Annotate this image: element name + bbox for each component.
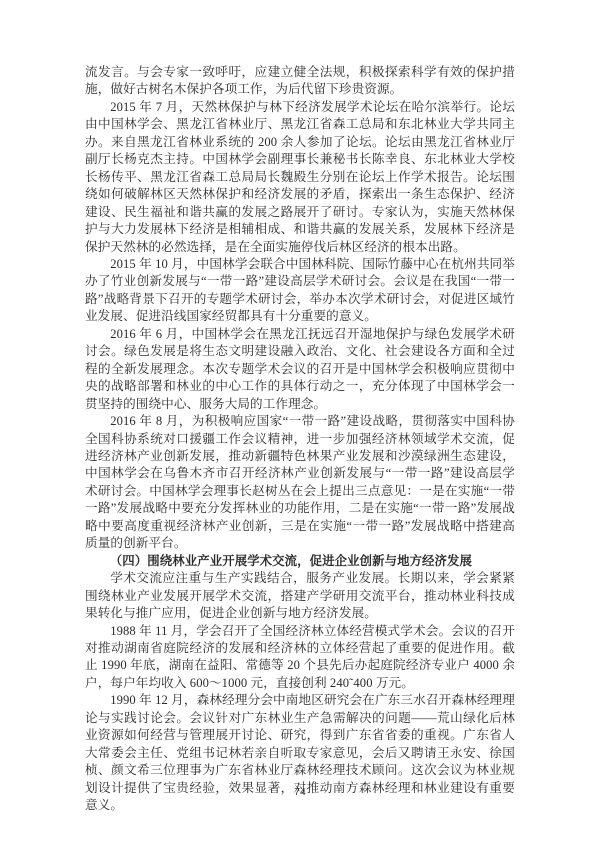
paragraph-2015-10: 2015 年 10 月，中国林学会联合中国林科院、国际竹藤中心在杭州共同举办了竹…	[85, 256, 515, 326]
paragraph-1988-11: 1988 年 11 月，学会召开了全国经济林立体经营模式学术会。会议的召开对推动…	[85, 623, 515, 693]
document-page: 流发言。与会专家一致呼吁，应建立健全法规，积极探索科学有效的保护措施，做好古树名…	[0, 0, 600, 848]
section-heading: （四）围绕林业产业开展学术交流，促进企业创新与地方经济发展	[85, 553, 515, 570]
paragraph-2016-06: 2016 年 6 月，中国林学会在黑龙江抚远召开湿地保护与绿色发展学术研讨会。绿…	[85, 326, 515, 413]
paragraph-section-intro: 学术交流应注重与生产实践结合，服务产业发展。长期以来，学会紧紧围绕林业产业发展开…	[85, 570, 515, 622]
text-block: 流发言。与会专家一致呼吁，应建立健全法规，积极探索科学有效的保护措施，做好古树名…	[85, 64, 515, 814]
paragraph-continuation: 流发言。与会专家一致呼吁，应建立健全法规，积极探索科学有效的保护措施，做好古树名…	[85, 64, 515, 99]
paragraph-2016-08: 2016 年 8 月，为积极响应国家“一带一路”建设战略，贯彻落实中国科协全国科…	[85, 413, 515, 553]
page-number: 74	[0, 786, 600, 798]
paragraph-2015-07: 2015 年 7 月，天然林保护与林下经济发展学术论坛在哈尔滨举行。论坛由中国林…	[85, 99, 515, 256]
